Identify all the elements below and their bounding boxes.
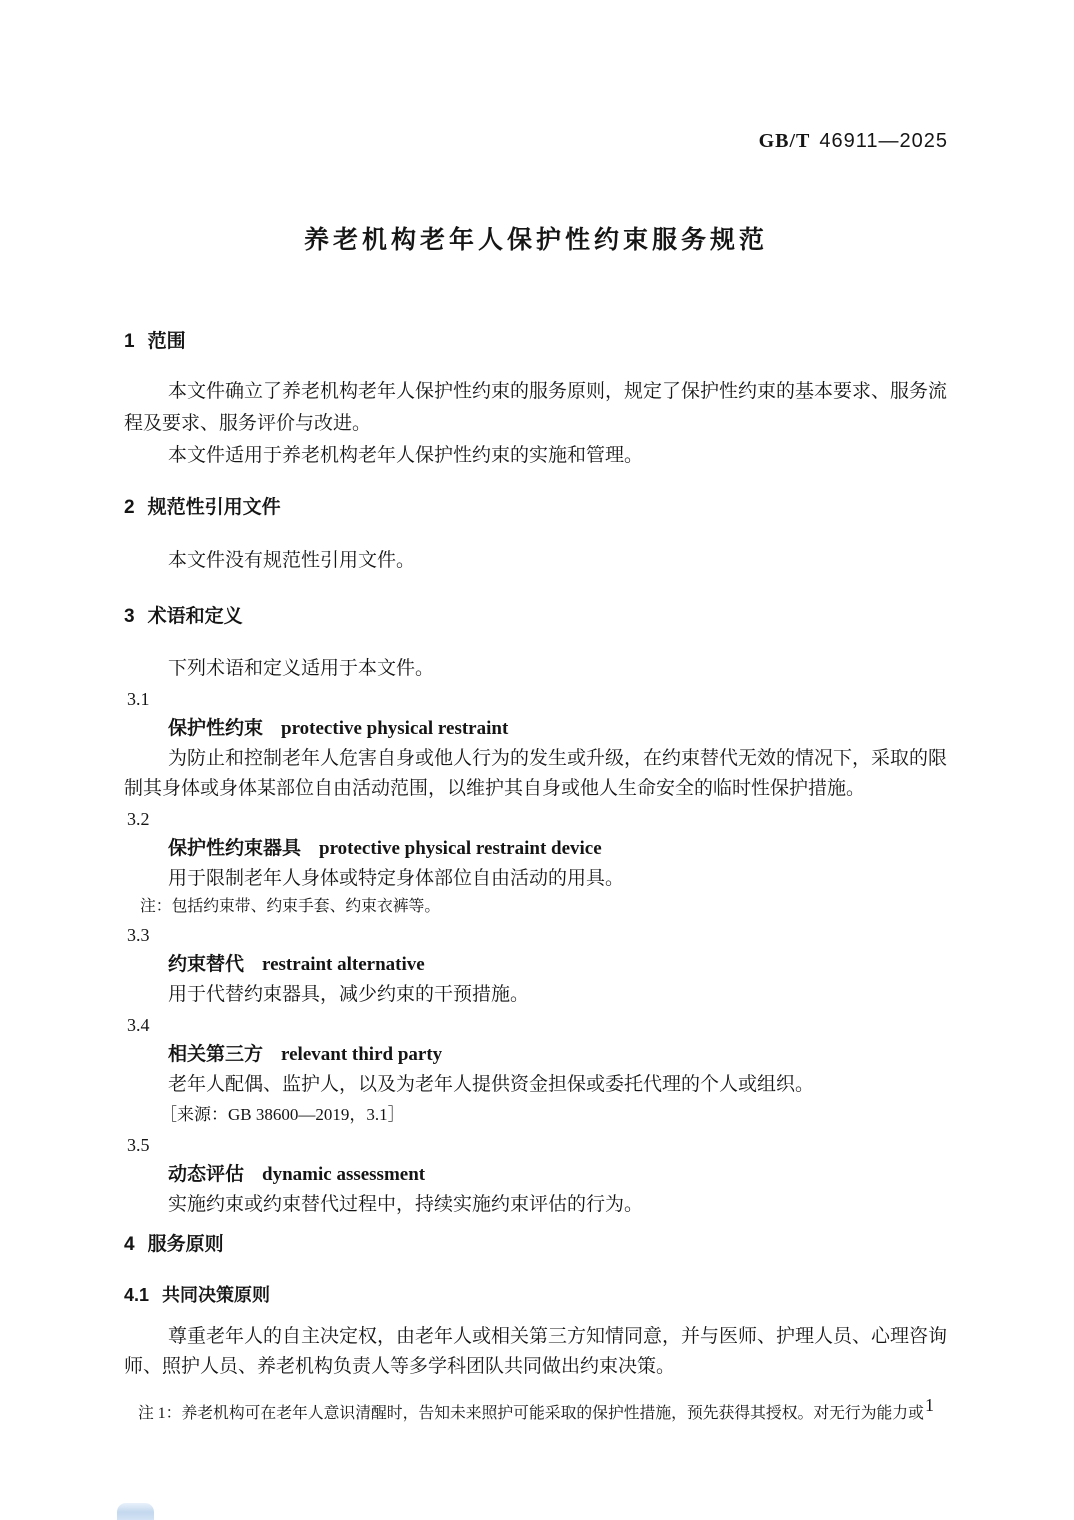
term-name-en: restraint alternative [262,954,425,975]
term-number: 3.2 [124,804,948,834]
section-label: 术语和定义 [148,606,243,627]
shared-decision-paragraph: 尊重老年人的自主决定权，由老年人或相关第三方知情同意，并与医师、护理人员、心理咨… [124,1322,948,1382]
standard-code-prefix: GB/T [759,130,811,152]
document-page: GB/T46911—2025 养老机构老年人保护性约束服务规范 1范围 本文件确… [0,0,1074,1520]
term-name-en: relevant third party [281,1044,442,1065]
term-entry: 3.2 保护性约束器具protective physical restraint… [124,804,948,920]
normative-references-paragraph: 本文件没有规范性引用文件。 [124,545,948,577]
term-number: 3.1 [124,684,948,714]
scope-paragraph: 本文件确立了养老机构老年人保护性约束的服务原则，规定了保护性约束的基本要求、服务… [124,376,948,440]
term-definition: 实施约束或约束替代过程中，持续实施约束评估的行为。 [124,1190,948,1220]
term-source: ［来源：GB 38600—2019，3.1］ [124,1100,948,1130]
term-number: 3.4 [124,1010,948,1040]
subsection-heading-shared-decision: 4.1共同决策原则 [124,1284,948,1306]
standard-code: GB/T46911—2025 [124,130,948,152]
normative-references-body: 本文件没有规范性引用文件。 [124,545,948,577]
term-heading: 保护性约束protective physical restraint [124,714,948,744]
term-name-zh: 相关第三方 [168,1044,263,1065]
term-name-zh: 保护性约束 [168,718,263,739]
section-heading-normative-references: 2规范性引用文件 [124,497,948,519]
term-entry: 3.1 保护性约束protective physical restraint 为… [124,684,948,804]
section-number: 4 [124,1234,135,1255]
section-heading-terms: 3术语和定义 [124,606,948,628]
page-content: GB/T46911—2025 养老机构老年人保护性约束服务规范 1范围 本文件确… [124,0,948,1427]
term-heading: 约束替代restraint alternative [124,950,948,980]
term-definition: 用于限制老年人身体或特定身体部位自由活动的用具。 [124,864,948,894]
term-definition: 为防止和控制老年人危害自身或他人行为的发生或升级，在约束替代无效的情况下，采取的… [124,744,948,804]
section-number: 3 [124,606,135,627]
section-label: 服务原则 [148,1234,224,1255]
term-number: 3.3 [124,920,948,950]
shared-decision-note-1: 注 1：养老机构可在老年人意识清醒时，告知未来照护可能采取的保护性措施，预先获得… [124,1401,948,1427]
term-name-en: protective physical restraint device [319,838,602,859]
term-note: 注：包括约束带、约束手套、约束衣裤等。 [124,894,948,920]
watermark-logo [117,1503,154,1520]
term-entry: 3.5 动态评估dynamic assessment 实施约束或约束替代过程中，… [124,1130,948,1220]
subsection-label: 共同决策原则 [162,1285,270,1305]
scope-body: 本文件确立了养老机构老年人保护性约束的服务原则，规定了保护性约束的基本要求、服务… [124,376,948,472]
section-label: 范围 [148,331,186,352]
term-heading: 动态评估dynamic assessment [124,1160,948,1190]
section-number: 1 [124,331,135,352]
term-definition: 老年人配偶、监护人，以及为老年人提供资金担保或委托代理的个人或组织。 [124,1070,948,1100]
term-name-zh: 约束替代 [168,954,244,975]
term-name-zh: 动态评估 [168,1164,244,1185]
scope-paragraph: 本文件适用于养老机构老年人保护性约束的实施和管理。 [124,440,948,472]
page-number: 1 [925,1394,934,1416]
term-definition: 用于代替约束器具，减少约束的干预措施。 [124,980,948,1010]
term-heading: 相关第三方relevant third party [124,1040,948,1070]
term-entry: 3.3 约束替代restraint alternative 用于代替约束器具，减… [124,920,948,1010]
document-title: 养老机构老年人保护性约束服务规范 [124,223,948,258]
term-name-en: dynamic assessment [262,1164,425,1185]
term-name-zh: 保护性约束器具 [168,838,301,859]
standard-code-number: 46911—2025 [819,130,948,152]
term-number: 3.5 [124,1130,948,1160]
term-entry: 3.4 相关第三方relevant third party 老年人配偶、监护人，… [124,1010,948,1130]
terms-intro: 下列术语和定义适用于本文件。 [124,654,948,684]
term-heading: 保护性约束器具protective physical restraint dev… [124,834,948,864]
section-label: 规范性引用文件 [148,497,281,518]
term-name-en: protective physical restraint [281,718,508,739]
subsection-number: 4.1 [124,1285,149,1305]
section-heading-service-principles: 4服务原则 [124,1234,948,1256]
section-number: 2 [124,497,135,518]
section-heading-scope: 1范围 [124,331,948,353]
